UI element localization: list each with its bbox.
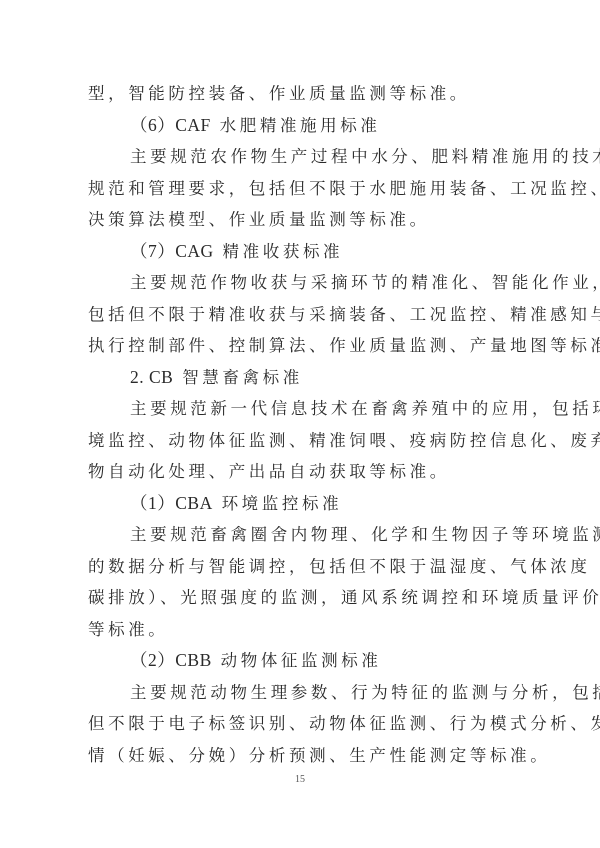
body-line: 的数据分析与智能调控，包括但不限于温湿度、气体浓度（含 — [88, 551, 512, 583]
section-heading-cag: （7）CAG 精准收获标准 — [88, 236, 512, 268]
body-line: 等标准。 — [88, 614, 512, 646]
heading-number: （2）CBB — [130, 650, 212, 670]
heading-title: 动物体征监测标准 — [212, 651, 382, 670]
document-page-body: 型，智能防控装备、作业质量监测等标准。 （6）CAF 水肥精准施用标准 主要规范… — [88, 78, 512, 771]
section-heading-cb: 2. CB 智慧畜禽标准 — [88, 362, 512, 394]
section-heading-cba: （1）CBA 环境监控标准 — [88, 488, 512, 520]
paragraph-first-line: 主要规范作物收获与采摘环节的精准化、智能化作业， — [88, 267, 512, 299]
body-line: 包括但不限于精准收获与采摘装备、工况监控、精准感知与 — [88, 299, 512, 331]
paragraph-first-line: 主要规范新一代信息技术在畜禽养殖中的应用，包括环 — [88, 393, 512, 425]
body-line: 规范和管理要求，包括但不限于水肥施用装备、工况监控、 — [88, 173, 512, 205]
heading-title: 环境监控标准 — [213, 494, 342, 513]
section-heading-caf: （6）CAF 水肥精准施用标准 — [88, 110, 512, 142]
body-line: 型，智能防控装备、作业质量监测等标准。 — [88, 78, 512, 110]
heading-number: 2. CB — [130, 367, 173, 387]
heading-title: 水肥精准施用标准 — [211, 116, 381, 135]
body-line: 情（妊娠、分娩）分析预测、生产性能测定等标准。 — [88, 740, 512, 772]
paragraph-first-line: 主要规范动物生理参数、行为特征的监测与分析，包括 — [88, 677, 512, 709]
body-line: 境监控、动物体征监测、精准饲喂、疫病防控信息化、废弃 — [88, 425, 512, 457]
body-line: 碳排放）、光照强度的监测，通风系统调控和环境质量评价 — [88, 582, 512, 614]
body-line: 决策算法模型、作业质量监测等标准。 — [88, 204, 512, 236]
body-line: 但不限于电子标签识别、动物体征监测、行为模式分析、发 — [88, 708, 512, 740]
body-line: 物自动化处理、产出品自动获取等标准。 — [88, 456, 512, 488]
section-heading-cbb: （2）CBB 动物体征监测标准 — [88, 645, 512, 677]
body-line: 执行控制部件、控制算法、作业质量监测、产量地图等标准。 — [88, 330, 512, 362]
page-number: 15 — [0, 774, 600, 785]
heading-title: 精准收获标准 — [214, 242, 343, 261]
heading-title: 智慧畜禽标准 — [173, 368, 302, 387]
heading-number: （6）CAF — [130, 115, 211, 135]
heading-number: （1）CBA — [130, 493, 213, 513]
paragraph-first-line: 主要规范畜禽圈舍内物理、化学和生物因子等环境监测 — [88, 519, 512, 551]
heading-number: （7）CAG — [130, 241, 214, 261]
paragraph-first-line: 主要规范农作物生产过程中水分、肥料精准施用的技术 — [88, 141, 512, 173]
